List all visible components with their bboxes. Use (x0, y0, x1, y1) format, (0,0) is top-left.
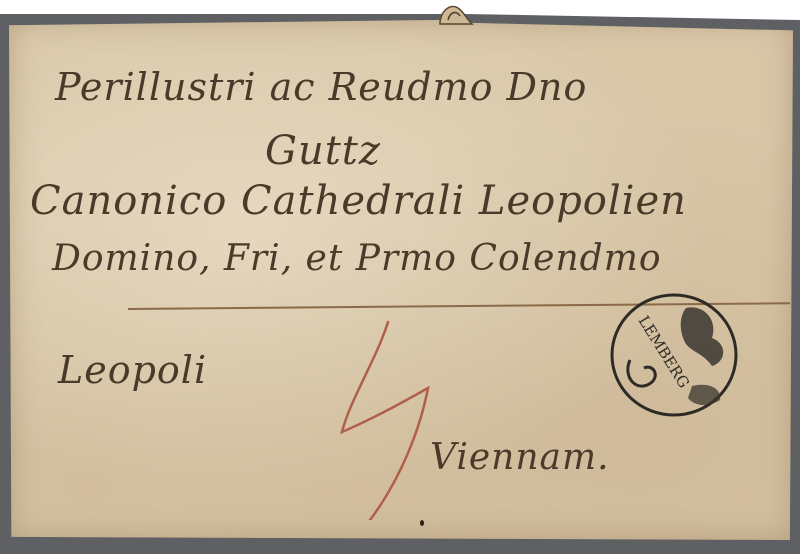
red-rate-marking (330, 320, 460, 520)
destination-text: Viennam. (430, 437, 610, 478)
ink-dot (420, 520, 424, 526)
address-line-2-name: Guttz (265, 128, 381, 174)
lemberg-postmark: LEMBERG (608, 290, 740, 420)
origin-text: Leopoli (58, 348, 207, 392)
address-line-3: Canonico Cathedrali Leopolien (30, 178, 687, 224)
seal-fold-icon (436, 2, 476, 26)
letter-photo: Perillustri ac Reudmo Dno Guttz Canonico… (0, 0, 800, 554)
address-line-1: Perillustri ac Reudmo Dno (55, 65, 587, 109)
address-line-4: Domino, Fri, et Prmo Colendmo (52, 238, 662, 279)
